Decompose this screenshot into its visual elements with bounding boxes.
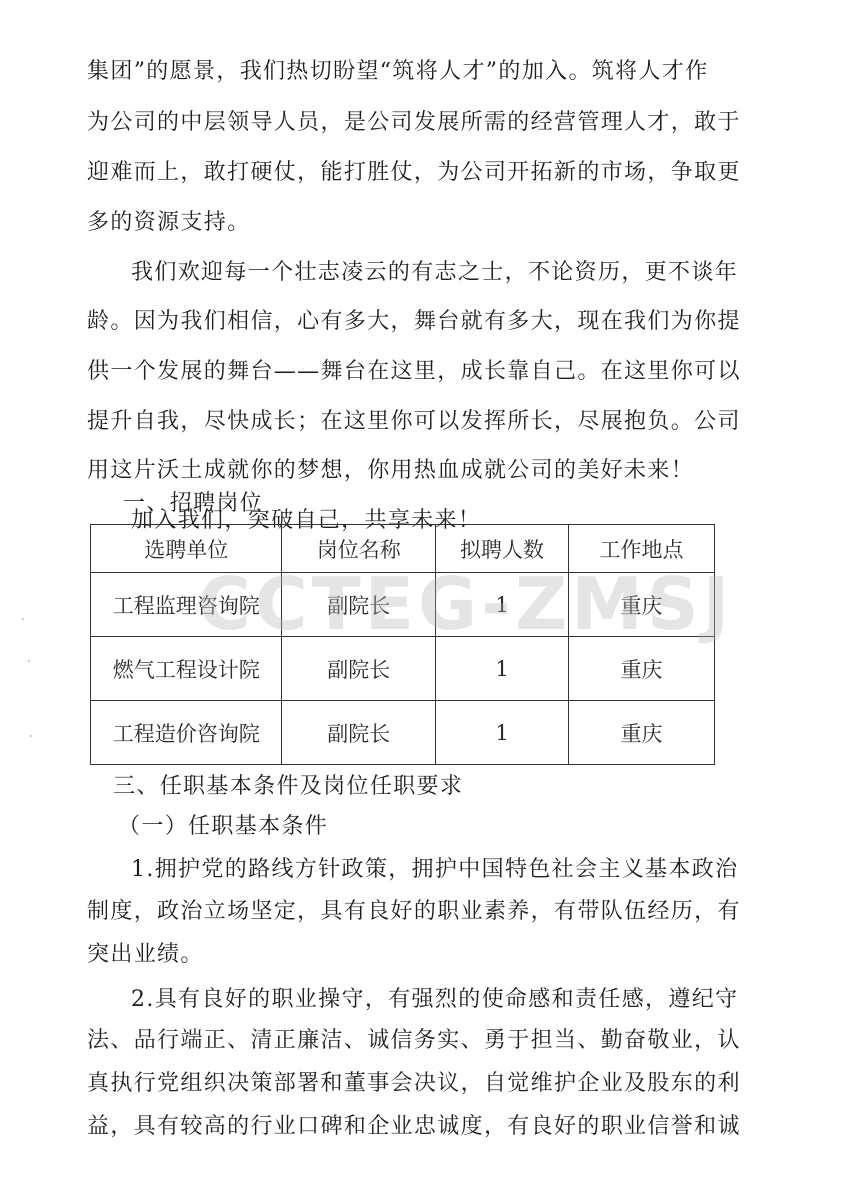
cell-headcount: 1 [436,573,569,637]
col-header-location: 工作地点 [568,525,714,573]
paragraph-line: 1.拥护党的路线方针政策，拥护中国特色社会主义基本政治 [131,855,738,885]
scan-speck [28,660,30,662]
cell-headcount: 1 [436,637,569,701]
cell-position: 副院长 [282,573,436,637]
paragraph-line: 集团”的愿景，我们热切盼望“筑将人才”的加入。筑将人才作 [87,57,709,87]
scan-speck [30,735,32,737]
table-row: 工程造价咨询院 副院长 1 重庆 [91,701,715,765]
table-header-row: 选聘单位 岗位名称 拟聘人数 工作地点 [91,525,715,573]
paragraph-line: 迎难而上，敢打硬仗，能打胜仗，为公司开拓新的市场，争取更 [87,158,741,188]
cell-headcount: 1 [436,701,569,765]
paragraph-line: 多的资源支持。 [87,208,250,238]
col-header-headcount: 拟聘人数 [436,525,569,573]
paragraph-line: 真执行党组织决策部署和董事会决议，自觉维护企业及股东的利 [87,1069,741,1099]
scan-speck [22,618,24,620]
cell-location: 重庆 [568,637,714,701]
paragraph-line: 益，具有较高的行业口碑和企业忠诚度，有良好的职业信誉和诚 [87,1112,741,1142]
cell-unit: 燃气工程设计院 [91,637,282,701]
paragraph-line: 提升自我，尽快成长；在这里你可以发挥所长，尽展抱负。公司 [87,407,741,437]
paragraph-line: 突出业绩。 [87,940,204,970]
cell-location: 重庆 [568,701,714,765]
cell-unit: 工程监理咨询院 [91,573,282,637]
cell-unit: 工程造价咨询院 [91,701,282,765]
section-1-heading: 一、招聘岗位 [123,489,263,519]
paragraph-line: 我们欢迎每一个壮志凌云的有志之士，不论资历，更不谈年 [131,258,738,288]
section-3-heading: 三、任职基本条件及岗位任职要求 [113,772,463,802]
cell-location: 重庆 [568,573,714,637]
paragraph-line: 2.具有良好的职业操守，有强烈的使命感和责任感，遵纪守 [131,985,738,1015]
paragraph-line: 供一个发展的舞台——舞台在这里，成长靠自己。在这里你可以 [87,357,741,387]
subsection-heading: （一）任职基本条件 [118,812,328,842]
paragraph-line: 制度，政治立场坚定，具有良好的职业素养，有带队伍经历，有 [87,897,741,927]
paragraph-line: 用这片沃土成就你的梦想，你用热血成就公司的美好未来！ [87,456,694,486]
table-row: 工程监理咨询院 副院长 1 重庆 [91,573,715,637]
col-header-position: 岗位名称 [282,525,436,573]
table-row: 燃气工程设计院 副院长 1 重庆 [91,637,715,701]
paragraph-line: 龄。因为我们相信，心有多大，舞台就有多大，现在我们为你提 [87,307,741,337]
cell-position: 副院长 [282,701,436,765]
col-header-unit: 选聘单位 [91,525,282,573]
cell-position: 副院长 [282,637,436,701]
paragraph-line: 为公司的中层领导人员，是公司发展所需的经营管理人才，敢于 [87,108,741,138]
recruitment-table: 选聘单位 岗位名称 拟聘人数 工作地点 工程监理咨询院 副院长 1 重庆 燃气工… [90,524,715,765]
paragraph-line: 法、品行端正、清正廉洁、诚信务实、勇于担当、勤奋敬业，认 [87,1026,741,1056]
